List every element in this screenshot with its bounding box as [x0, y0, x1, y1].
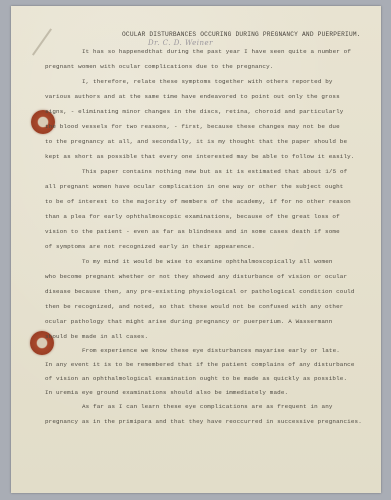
- text-line: To my mind it would be wise to examine o…: [82, 258, 333, 265]
- handwritten-signature: Dr. C. D. Weiner: [148, 39, 213, 47]
- text-line: In any event it is to be remembered that…: [45, 361, 355, 368]
- text-line: then be recognized, and noted, so that t…: [45, 303, 343, 310]
- text-line: pregnant women with ocular complications…: [45, 63, 273, 70]
- text-line: to be of interest to the majority of mem…: [45, 198, 351, 205]
- text-line: pregnancy as in the primipara and that t…: [45, 418, 362, 425]
- text-line: As far as I can learn these eye complica…: [82, 403, 333, 410]
- text-line: It has so happenedthat during the past y…: [82, 48, 351, 55]
- paper-crease: [32, 28, 52, 55]
- text-line: disease because then, any pre-existing p…: [45, 288, 355, 295]
- text-line: kept as short as possible that every one…: [45, 153, 355, 160]
- text-line: of vision an ophthalmological examinatio…: [45, 375, 347, 382]
- text-line: This paper contains nothing new but as i…: [82, 168, 347, 175]
- text-line: signs, - eliminating minor changes in th…: [45, 108, 343, 115]
- text-line: than a plea for early ophthalmoscopic ex…: [45, 213, 340, 220]
- document-title: OCULAR DISTURBANCES OCCURING DURING PREG…: [122, 31, 361, 38]
- text-line: should be made in all cases.: [45, 333, 148, 340]
- text-line: From experience we know these eye distur…: [82, 347, 340, 354]
- text-line: all pregnant women have ocular complicat…: [45, 183, 343, 190]
- text-line: who become pregnant whether or not they …: [45, 273, 347, 280]
- text-line: ocular pathology that might arise during…: [45, 318, 332, 325]
- text-line: various authors and at the same time hav…: [45, 93, 340, 100]
- text-line: I, therefore, relate these symptoms toge…: [82, 78, 333, 85]
- text-line: to the pregnancy at all, and secondally,…: [45, 138, 347, 145]
- text-line: the blood vessels for two reasons, - fir…: [45, 123, 340, 130]
- text-line: of symptoms are not recognized early in …: [45, 243, 255, 250]
- text-line: vision to the patient - even as far as b…: [45, 228, 340, 235]
- text-line: In uremia eye ground examinations should…: [45, 389, 288, 396]
